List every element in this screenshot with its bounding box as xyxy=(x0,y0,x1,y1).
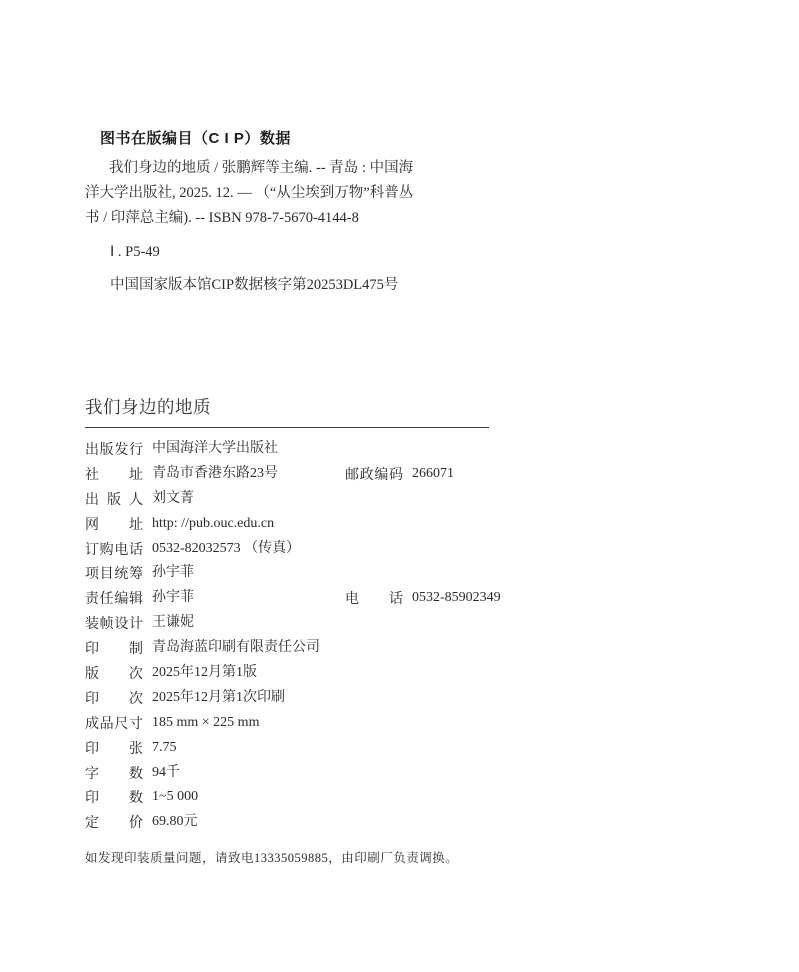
colophon-row: 版次2025年12月第1版 xyxy=(85,661,745,686)
row-value: 王谦妮 xyxy=(143,611,194,636)
row-right-value: 266071 xyxy=(403,462,454,487)
cip-line: 我们身边的地质 / 张鹏辉等主编. -- 青岛 : 中国海 xyxy=(85,156,515,181)
colophon-row: 印数1~5 000 xyxy=(85,785,745,810)
cip-line: 洋大学出版社, 2025. 12. — （“从尘埃到万物”科普丛 xyxy=(85,181,515,206)
colophon-row: 印次2025年12月第1次印刷 xyxy=(85,686,745,711)
colophon-row: 印制青岛海蓝印刷有限责任公司 xyxy=(85,636,745,661)
quality-note: 如发现印装质量问题，请致电13335059885，由印刷厂负责调换。 xyxy=(85,848,458,866)
colophon-row: 字数94千 xyxy=(85,761,745,786)
row-right-column: 邮政编码266071 xyxy=(345,462,454,487)
colophon-row: 订购电话0532-82032573 （传真） xyxy=(85,537,745,562)
row-value: http: //pub.ouc.edu.cn xyxy=(143,512,274,537)
colophon-row: 责任编辑孙宇菲电话0532-85902349 xyxy=(85,586,745,611)
cip-classification: Ⅰ . P5-49 xyxy=(110,244,160,261)
colophon-row: 成品尺寸185 mm × 225 mm xyxy=(85,711,745,736)
row-right-label: 邮政编码 xyxy=(345,462,403,487)
row-label: 字数 xyxy=(85,761,143,786)
row-value: 7.75 xyxy=(143,736,177,761)
row-label: 项目统筹 xyxy=(85,561,143,586)
row-label: 装帧设计 xyxy=(85,611,143,636)
cip-header: 图书在版编目（C I P）数据 xyxy=(100,130,291,148)
colophon-row: 装帧设计王谦妮 xyxy=(85,611,745,636)
row-value: 185 mm × 225 mm xyxy=(143,711,259,736)
title-divider xyxy=(85,427,489,428)
row-value: 1~5 000 xyxy=(143,785,198,810)
colophon-row: 社址青岛市香港东路23号邮政编码266071 xyxy=(85,462,745,487)
book-title: 我们身边的地质 xyxy=(85,394,211,419)
row-value: 2025年12月第1版 xyxy=(143,661,257,686)
row-value: 孙宇菲 xyxy=(143,561,194,586)
row-value: 94千 xyxy=(143,761,180,786)
colophon-row: 定价69.80元 xyxy=(85,810,745,835)
cip-paragraph: 我们身边的地质 / 张鹏辉等主编. -- 青岛 : 中国海洋大学出版社, 202… xyxy=(85,156,515,231)
row-label: 订购电话 xyxy=(85,537,143,562)
row-value: 刘文菁 xyxy=(143,487,194,512)
cip-record-number: 中国国家版本馆CIP数据核字第20253DL475号 xyxy=(110,277,398,294)
row-value: 2025年12月第1次印刷 xyxy=(143,686,285,711)
colophon-row: 网址http: //pub.ouc.edu.cn xyxy=(85,512,745,537)
row-value: 孙宇菲 xyxy=(143,586,194,611)
row-label: 社址 xyxy=(85,462,143,487)
row-label: 成品尺寸 xyxy=(85,711,143,736)
cip-line: 书 / 印萍总主编). -- ISBN 978-7-5670-4144-8 xyxy=(85,206,515,231)
row-value: 青岛海蓝印刷有限责任公司 xyxy=(143,636,320,661)
row-label: 印张 xyxy=(85,736,143,761)
row-right-label: 电话 xyxy=(345,586,403,611)
colophon-row: 出版发行中国海洋大学出版社 xyxy=(85,437,745,462)
row-label: 印次 xyxy=(85,686,143,711)
row-value: 69.80元 xyxy=(143,810,198,835)
book-copyright-page: 图书在版编目（C I P）数据 我们身边的地质 / 张鹏辉等主编. -- 青岛 … xyxy=(0,0,799,972)
row-label: 版次 xyxy=(85,661,143,686)
row-label: 出版发行 xyxy=(85,437,143,462)
colophon-rows: 出版发行中国海洋大学出版社社址青岛市香港东路23号邮政编码266071出版人刘文… xyxy=(85,437,745,835)
row-value: 中国海洋大学出版社 xyxy=(143,437,278,462)
row-label: 定价 xyxy=(85,810,143,835)
row-label: 出版人 xyxy=(85,487,143,512)
row-value: 0532-82032573 （传真） xyxy=(143,537,300,562)
colophon-row: 出版人刘文菁 xyxy=(85,487,745,512)
row-label: 网址 xyxy=(85,512,143,537)
colophon-row: 项目统筹孙宇菲 xyxy=(85,561,745,586)
row-value: 青岛市香港东路23号 xyxy=(143,462,278,487)
row-right-column: 电话0532-85902349 xyxy=(345,586,501,611)
row-label: 责任编辑 xyxy=(85,586,143,611)
row-right-value: 0532-85902349 xyxy=(403,586,501,611)
row-label: 印数 xyxy=(85,785,143,810)
colophon-row: 印张7.75 xyxy=(85,736,745,761)
row-label: 印制 xyxy=(85,636,143,661)
